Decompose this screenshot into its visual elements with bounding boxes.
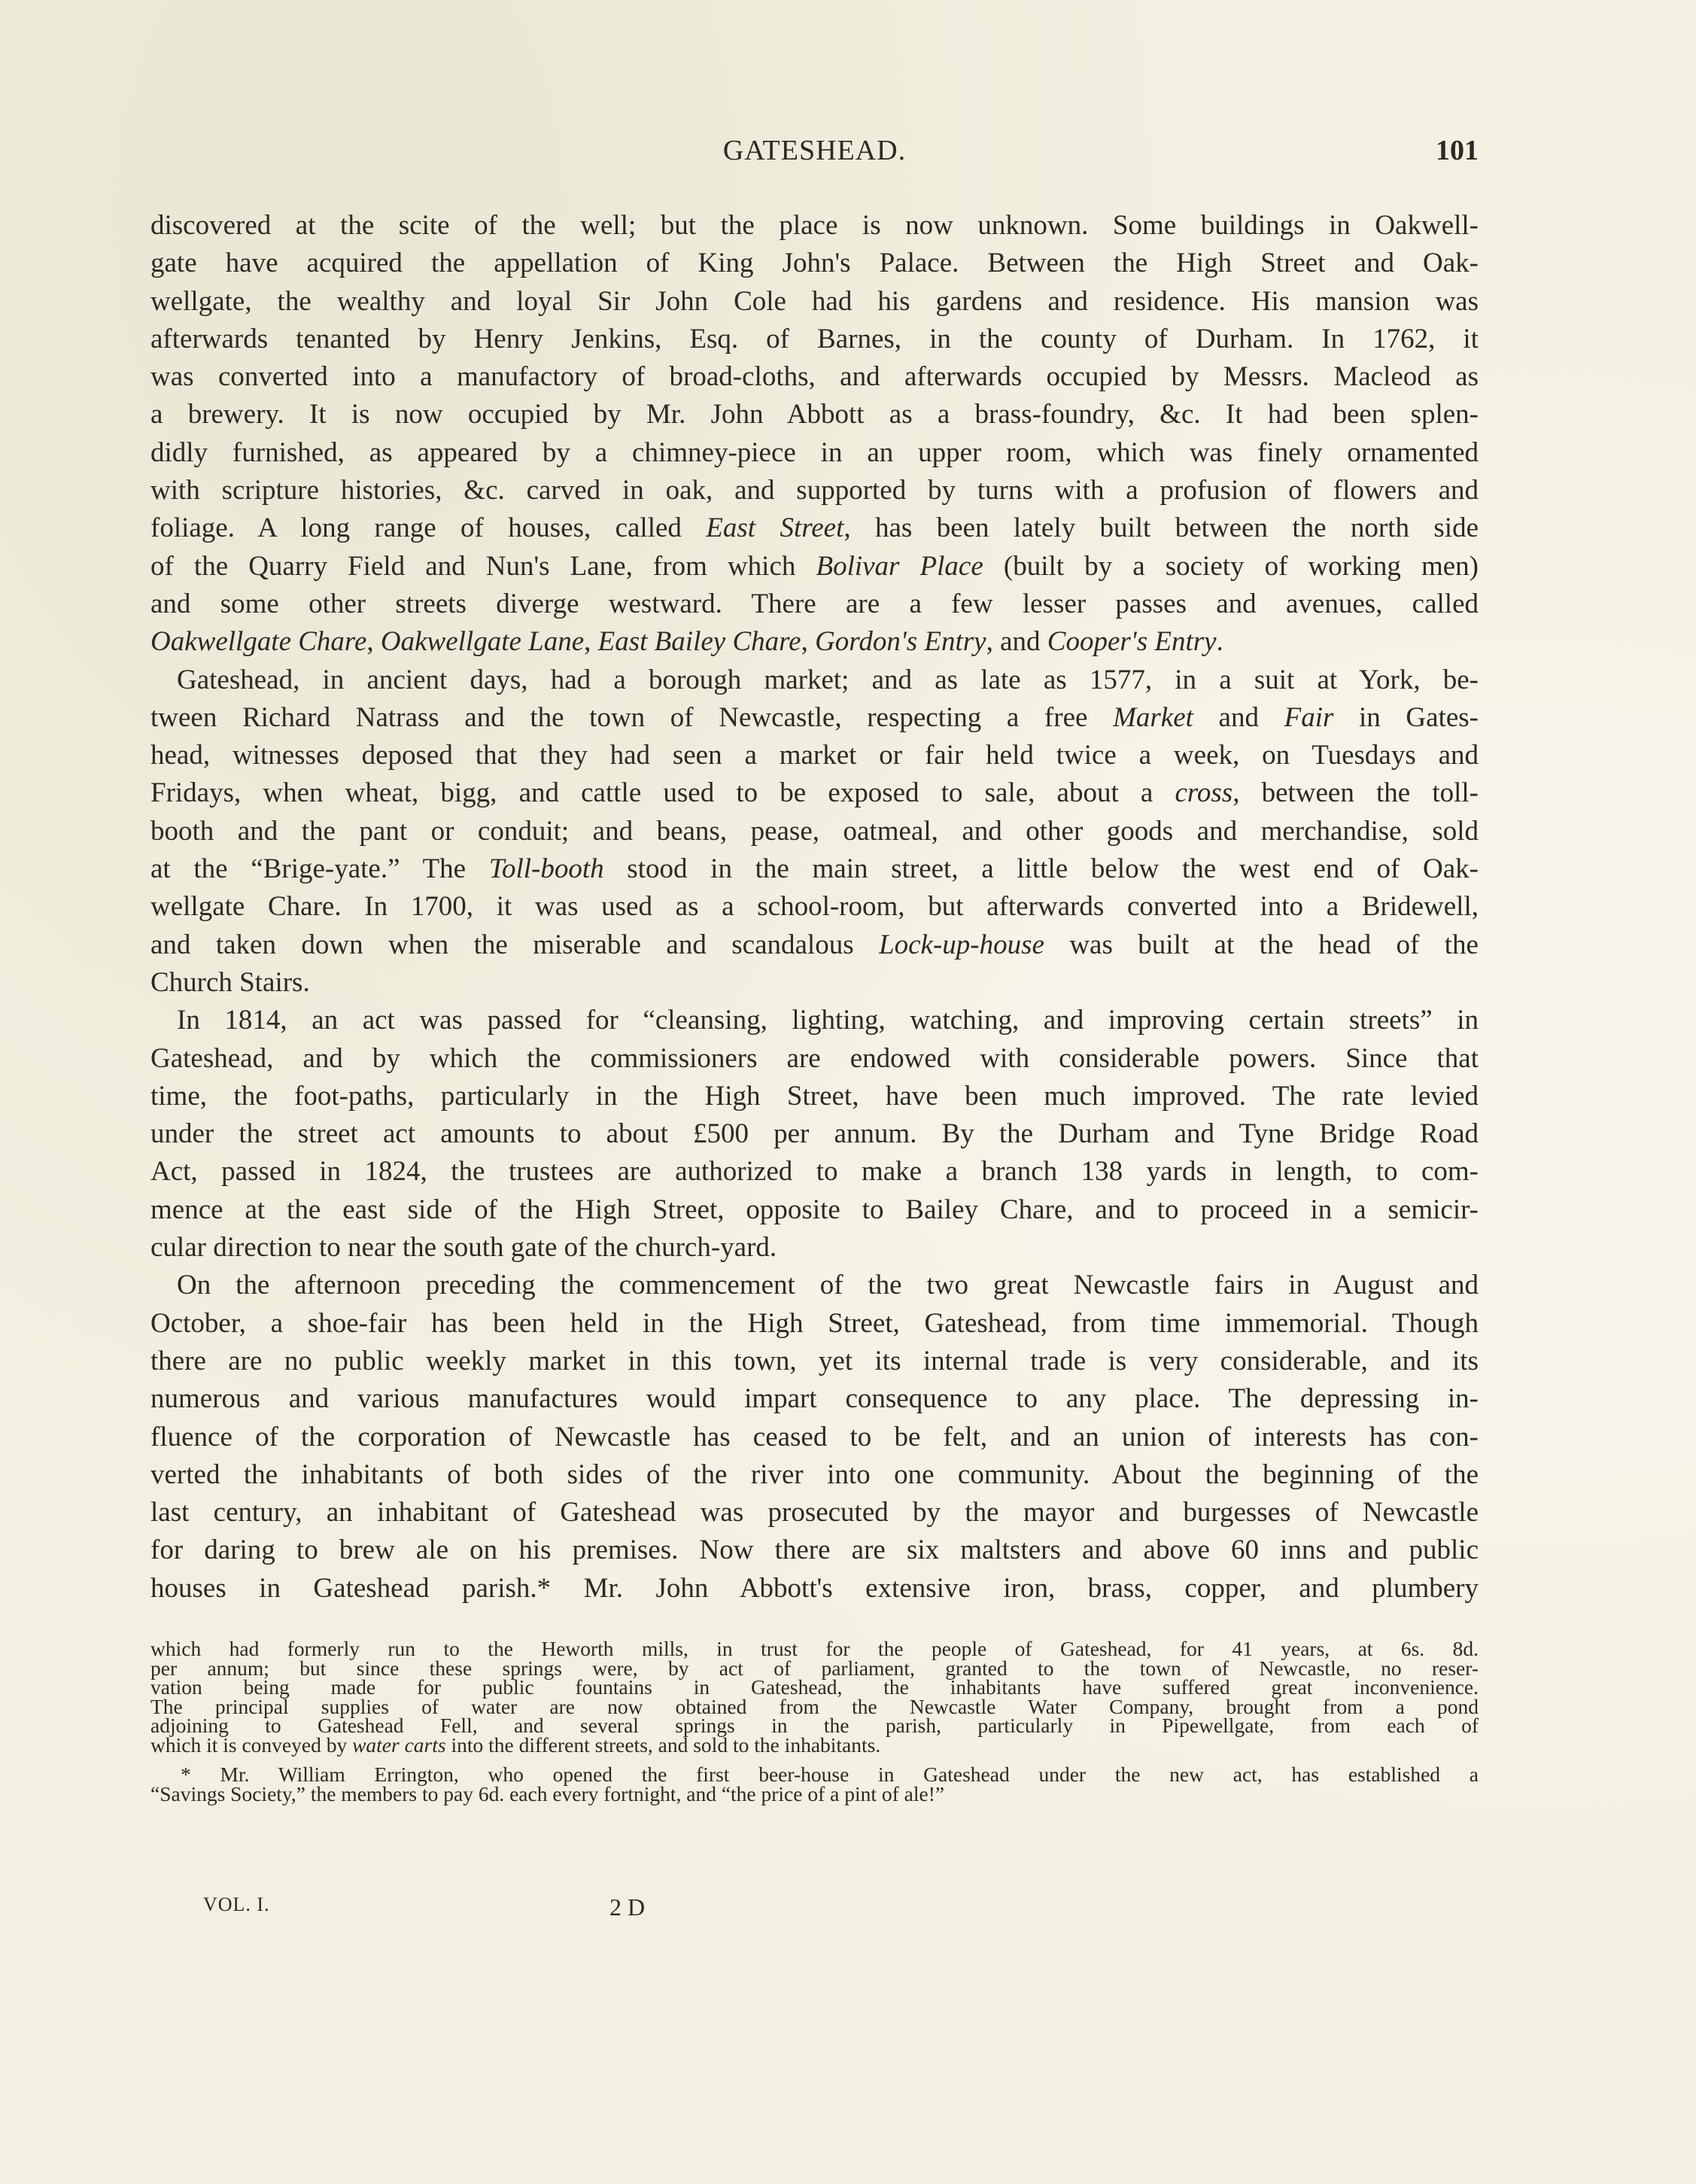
page-footer: VOL. I. 2 D [150, 1894, 1479, 1924]
text-line: with scripture histories, &c. carved in … [150, 472, 1479, 509]
text-line: at the “Brige-yate.” The Toll-booth stoo… [150, 850, 1479, 888]
text-line: Gateshead, in ancient days, had a boroug… [150, 662, 1479, 699]
text-line: verted the inhabitants of both sides of … [150, 1456, 1479, 1494]
text-line: Act, passed in 1824, the trustees are au… [150, 1153, 1479, 1191]
text-line: October, a shoe-fair has been held in th… [150, 1305, 1479, 1343]
text-line: houses in Gateshead parish.* Mr. John Ab… [150, 1570, 1479, 1608]
text-line: and some other streets diverge westward.… [150, 586, 1479, 623]
text-line: mence at the east side of the High Stree… [150, 1191, 1479, 1229]
text-line: On the afternoon preceding the commencem… [150, 1267, 1479, 1304]
text-line: and taken down when the miserable and sc… [150, 926, 1479, 964]
page-number: 101 [1436, 134, 1479, 167]
footnote-asterisk: * Mr. William Errington, who opened the … [150, 1765, 1479, 1803]
text-line: Oakwellgate Chare, Oakwellgate Lane, Eas… [150, 623, 1479, 661]
running-head: GATESHEAD. [150, 134, 1479, 167]
text-line: afterwards tenanted by Henry Jenkins, Es… [150, 321, 1479, 358]
text-line: cular direction to near the south gate o… [150, 1229, 1479, 1267]
text-line: didly furnished, as appeared by a chimne… [150, 434, 1479, 472]
text-line: Fridays, when wheat, bigg, and cattle us… [150, 774, 1479, 812]
footnote-line: “Savings Society,” the members to pay 6d… [150, 1784, 1479, 1804]
text-line: last century, an inhabitant of Gateshead… [150, 1494, 1479, 1532]
text-line: wellgate Chare. In 1700, it was used as … [150, 888, 1479, 926]
text-line: wellgate, the wealthy and loyal Sir John… [150, 283, 1479, 321]
text-line: was converted into a manufactory of broa… [150, 358, 1479, 396]
footnote-continuation: which had formerly run to the Heworth mi… [150, 1639, 1479, 1754]
text-line: foliage. A long range of houses, called … [150, 509, 1479, 547]
text-line: discovered at the scite of the well; but… [150, 207, 1479, 245]
text-line: for daring to brew ale on his premises. … [150, 1532, 1479, 1569]
text-line: a brewery. It is now occupied by Mr. Joh… [150, 396, 1479, 433]
text-line: under the street act amounts to about £5… [150, 1115, 1479, 1153]
text-line: time, the foot-paths, particularly in th… [150, 1078, 1479, 1115]
text-line: tween Richard Natrass and the town of Ne… [150, 699, 1479, 737]
text-line: Church Stairs. [150, 964, 1479, 1002]
page-header: GATESHEAD. 101 [150, 134, 1479, 172]
text-line: there are no public weekly market in thi… [150, 1343, 1479, 1380]
text-line: gate have acquired the appellation of Ki… [150, 245, 1479, 282]
text-line: booth and the pant or conduit; and beans… [150, 813, 1479, 850]
text-line: numerous and various manufactures would … [150, 1380, 1479, 1418]
footnote-line: which it is conveyed by water carts into… [150, 1735, 1479, 1755]
volume-label: VOL. I. [203, 1894, 270, 1916]
text-line: In 1814, an act was passed for “cleansin… [150, 1002, 1479, 1039]
footnotes: which had formerly run to the Heworth mi… [150, 1639, 1479, 1803]
main-text: discovered at the scite of the well; but… [150, 207, 1479, 1608]
text-line: fluence of the corporation of Newcastle … [150, 1419, 1479, 1456]
text-line: of the Quarry Field and Nun's Lane, from… [150, 548, 1479, 586]
signature-mark: 2 D [609, 1894, 645, 1921]
text-line: head, witnesses deposed that they had se… [150, 737, 1479, 774]
text-line: Gateshead, and by which the commissioner… [150, 1040, 1479, 1078]
